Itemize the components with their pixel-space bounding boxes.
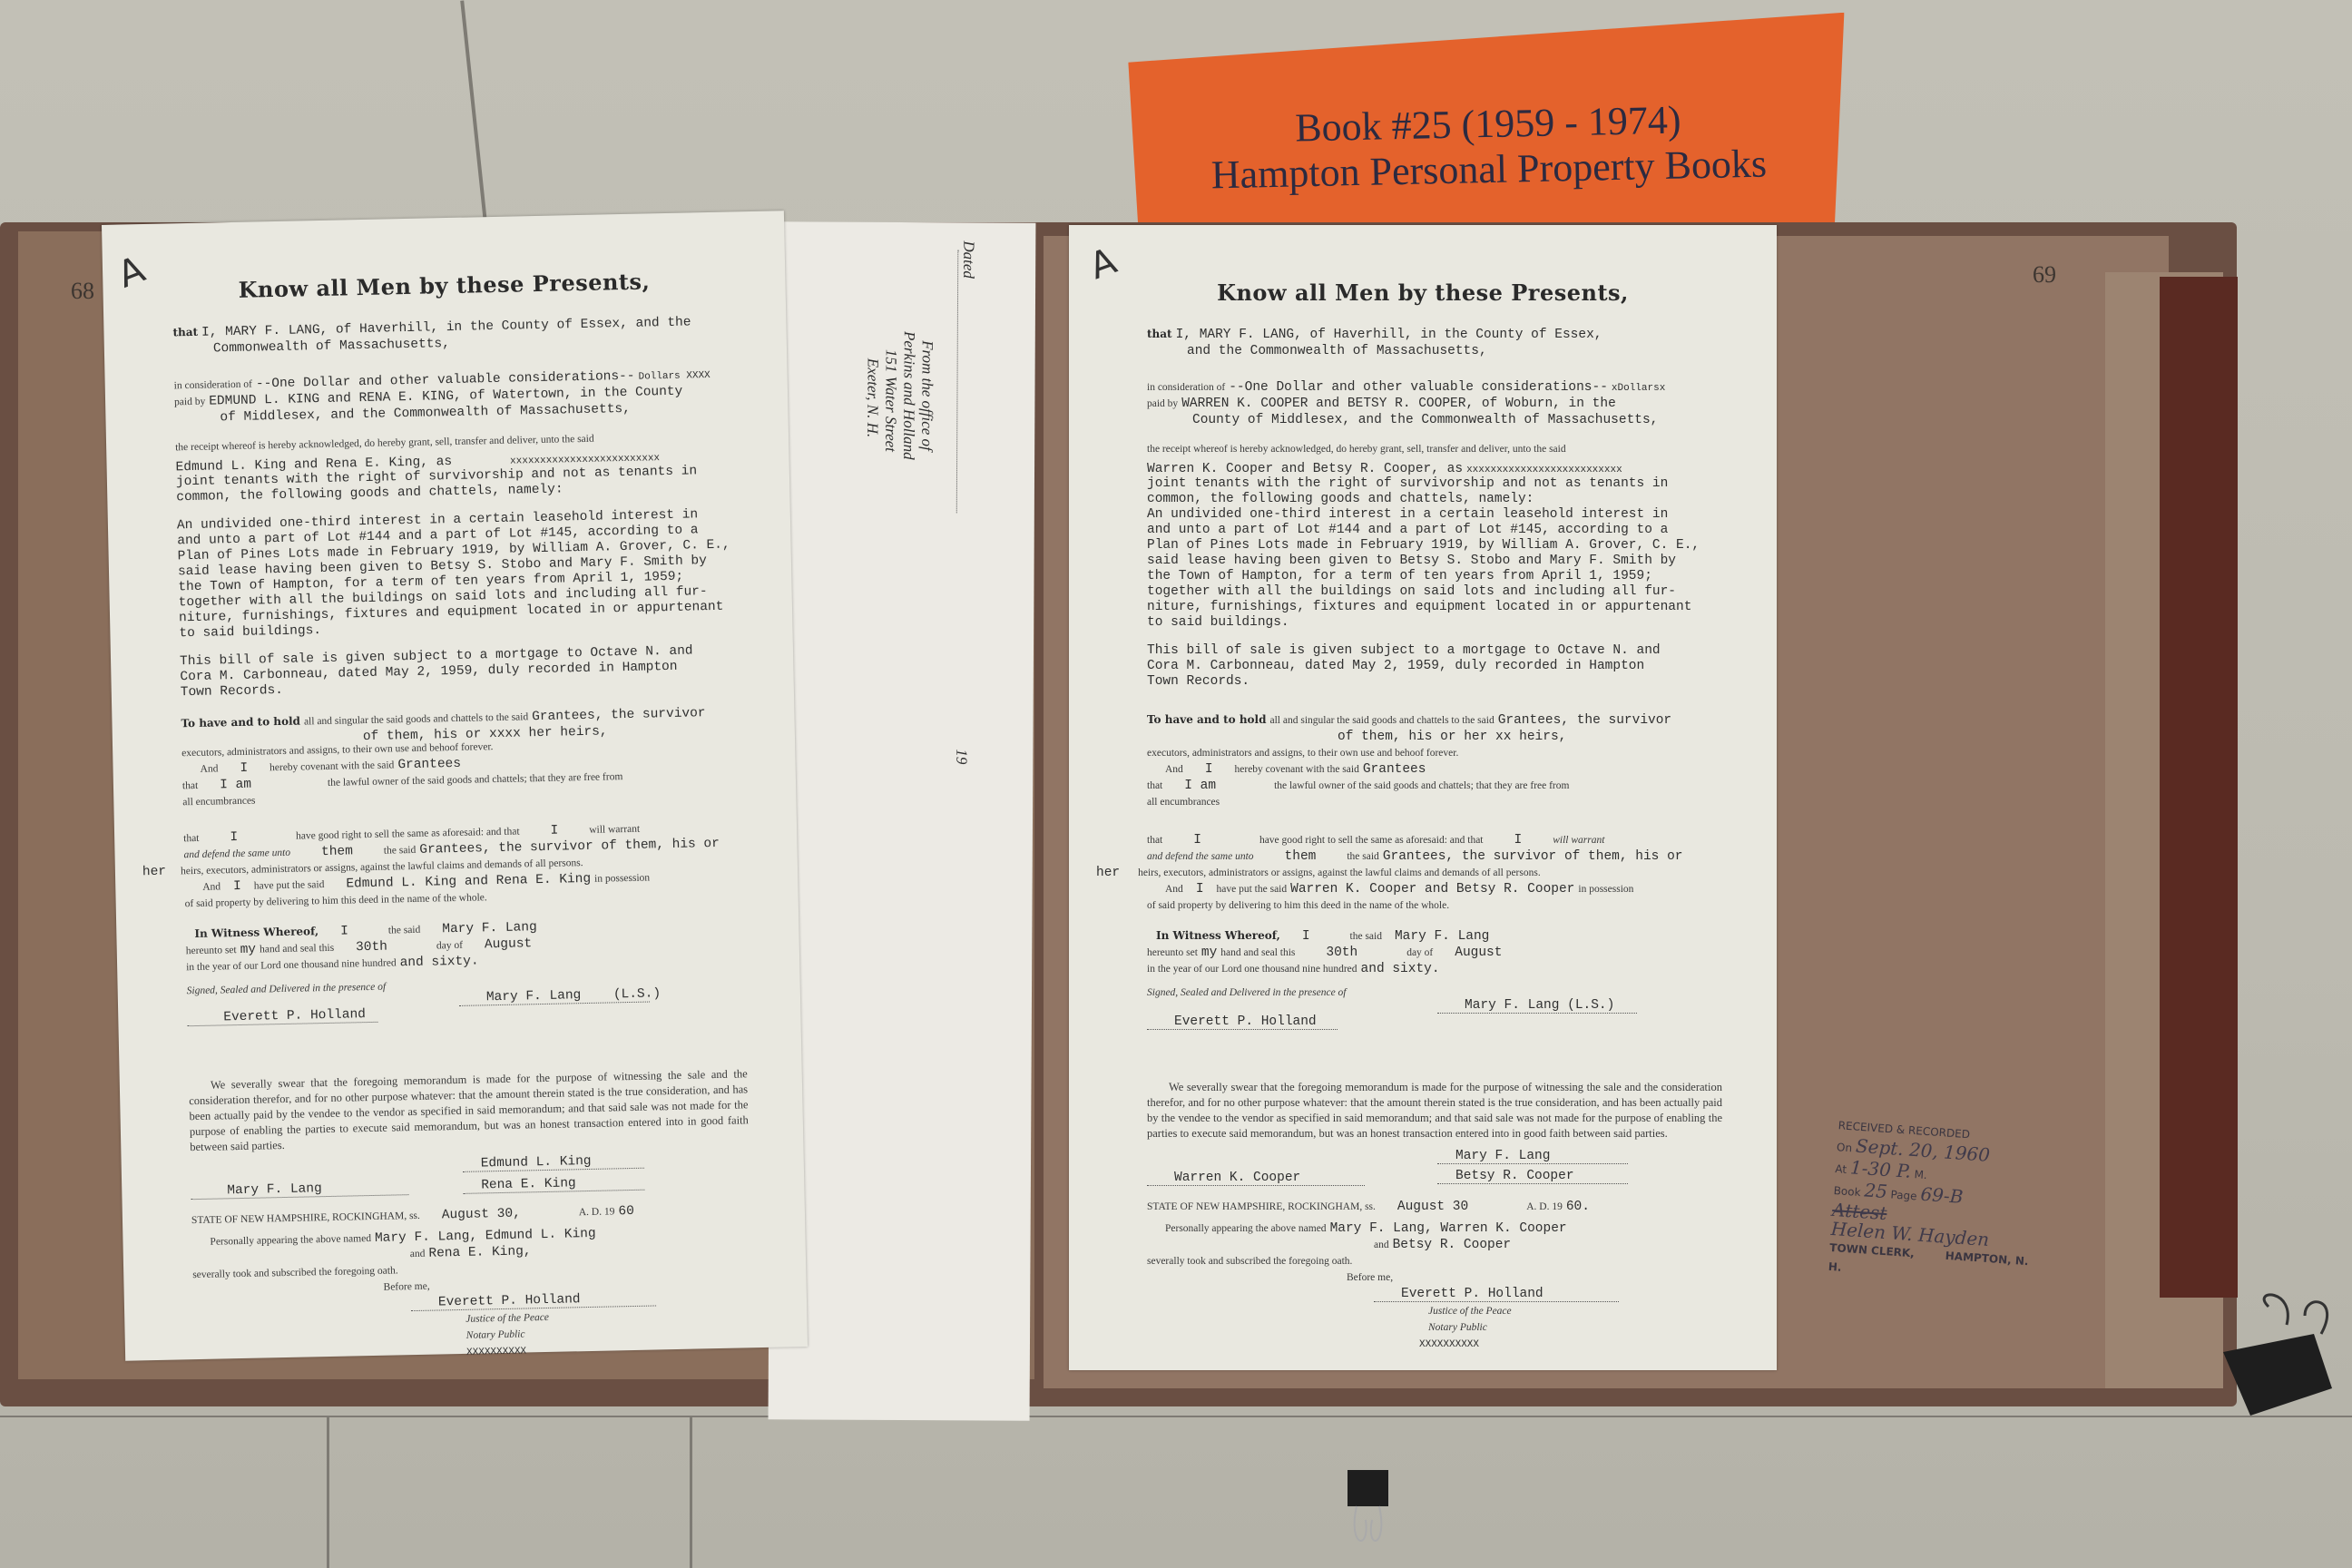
the-said-2: the said: [388, 925, 421, 936]
ad-year: 60.: [1566, 1200, 1590, 1214]
stamp-m: M.: [1914, 1168, 1927, 1181]
office-line-1: From the office of: [916, 340, 937, 451]
and-label-3: and: [1374, 1240, 1389, 1250]
dated-line: [956, 250, 960, 513]
stamp-book: 25: [1864, 1179, 1888, 1202]
before-me: Before me,: [1347, 1272, 1393, 1283]
them: them: [321, 844, 353, 859]
witness-name: Mary F. Lang: [442, 920, 537, 936]
goods-description: joint tenants with the right of survivor…: [1147, 476, 1777, 631]
year-text: in the year of our Lord one thousand nin…: [1147, 964, 1357, 975]
bill-of-sale-left: A Know all Men by these Presents, that I…: [102, 211, 808, 1360]
and-label-3: and: [410, 1249, 426, 1259]
struck-text: xxxxxxxxxxxxxxxxxxxxxxxxxx: [1466, 465, 1622, 475]
consideration-label: in consideration of: [174, 379, 252, 392]
book-label-title: Book #25 (1959 - 1974): [1295, 98, 1681, 152]
appearing-names-2: Rena E. King,: [428, 1244, 531, 1260]
right-i: I: [230, 830, 238, 845]
that-label-2: that: [1147, 780, 1162, 791]
office-line-3: 151 Water Street: [880, 349, 901, 452]
notary-public: Notary Public: [466, 1328, 525, 1340]
state-venue: STATE OF NEW HAMPSHIRE, ROCKINGHAM, ss.: [1147, 1201, 1376, 1212]
folded-backing-sheet: Dated 19 From the office of Perkins and …: [769, 221, 1036, 1420]
paid-by-cont: County of Middlesex, and the Commonwealt…: [1192, 413, 1658, 427]
before-me: Before me,: [383, 1281, 429, 1293]
page-number-left: 68: [71, 278, 94, 305]
that-label: that: [1147, 328, 1172, 340]
appearing-clause: Personally appearing the above named: [1165, 1223, 1327, 1234]
covenant-grantees: Grantees: [1363, 762, 1426, 777]
ad-label: A. D. 19: [1526, 1201, 1563, 1212]
table-seam: [0, 1416, 2352, 1417]
executors-clause: executors, administrators and assigns, t…: [1147, 748, 1458, 759]
justice-of-peace: Justice of the Peace: [465, 1312, 549, 1325]
that-label: that: [172, 326, 198, 339]
recording-stamp: RECEIVED & RECORDED On Sept. 20, 1960 At…: [1828, 1116, 2047, 1291]
mortgage-clause: This bill of sale is given subject to a …: [180, 642, 794, 701]
dollars: Dollars XXXX: [638, 370, 710, 383]
oath-paragraph: We severally swear that the foregoing me…: [189, 1066, 750, 1155]
document-title: Know all Men by these Presents,: [1069, 279, 1777, 306]
paid-by: WARREN K. COOPER and BETSY R. COOPER, of…: [1181, 397, 1616, 411]
stamp-on-label: On: [1837, 1141, 1853, 1154]
defend-clause: and defend the same unto: [183, 848, 290, 860]
appearing-names: Mary F. Lang, Edmund L. King: [375, 1227, 596, 1246]
encumbrances: all encumbrances: [182, 796, 255, 808]
dollars: xDollarsx: [1612, 383, 1665, 394]
grantees-line: Warren K. Cooper and Betsy R. Cooper, as: [1147, 462, 1463, 476]
state-venue: STATE OF NEW HAMPSHIRE, ROCKINGHAM, ss.: [191, 1210, 420, 1226]
hand-seal: hand and seal this: [260, 943, 334, 955]
day-of: day of: [436, 940, 463, 952]
witness-signature: Everett P. Holland: [1147, 1014, 1338, 1030]
dated-year: 19: [951, 749, 971, 764]
oath-taken: severally took and subscribed the forego…: [1147, 1256, 1352, 1267]
signed-sealed: Signed, Sealed and Delivered in the pres…: [1147, 987, 1777, 998]
stamp-page: 69-B: [1920, 1183, 1964, 1208]
delivering-clause: of said property by delivering to him th…: [185, 892, 487, 909]
witness-signature: Everett P. Holland: [187, 1007, 377, 1026]
the-said: the said: [1347, 851, 1378, 862]
and-label-2: And: [202, 881, 220, 892]
oath-signature-1: Edmund L. King: [463, 1153, 644, 1172]
witness-name: Mary F. Lang: [1395, 929, 1489, 944]
that-label-3: that: [1147, 835, 1162, 846]
warrant-i: I: [550, 824, 558, 838]
oath-paragraph: We severally swear that the foregoing me…: [1147, 1080, 1722, 1142]
table-seam: [327, 1416, 329, 1568]
oath-signature-3: Betsy R. Cooper: [1437, 1169, 1628, 1184]
consideration: --One Dollar and other valuable consider…: [1229, 380, 1608, 395]
ls-mark: (L.S.): [613, 986, 661, 1002]
witness-i: I: [340, 924, 348, 938]
in-possession: in possession: [594, 873, 650, 885]
will-warrant: will warrant: [1553, 835, 1604, 846]
bill-of-sale-right: A Know all Men by these Presents, that I…: [1069, 225, 1777, 1370]
month: August: [1455, 946, 1502, 960]
oath-signature-3: Rena E. King: [463, 1175, 644, 1194]
and-label-2: And: [1165, 884, 1183, 895]
habendum-label: To have and to hold: [1147, 713, 1267, 726]
binder-clip-icon: [1343, 1465, 1397, 1565]
binder-clip-icon: [2214, 1289, 2341, 1425]
defend-clause: and defend the same unto: [1147, 851, 1254, 862]
consideration-label: in consideration of: [1147, 382, 1225, 393]
possession-names: Edmund L. King and Rena E. King: [346, 872, 591, 892]
hand-seal: hand and seal this: [1220, 947, 1295, 958]
in-possession: in possession: [1578, 884, 1633, 895]
covenant-clause: hereby covenant with the said: [269, 759, 395, 773]
stamp-at-label: At: [1835, 1162, 1847, 1176]
habendum: all and singular the said goods and chat…: [1270, 715, 1494, 726]
them: them: [1285, 849, 1317, 864]
appearing-names: Mary F. Lang, Warren K. Cooper: [1330, 1221, 1567, 1236]
year-text: in the year of our Lord one thousand nin…: [186, 957, 397, 973]
appearing-clause: Personally appearing the above named: [210, 1233, 371, 1248]
oath-signature-2: Mary F. Lang: [191, 1180, 408, 1200]
put-i: I: [233, 879, 241, 894]
ad-year: 60: [618, 1204, 634, 1219]
my: my: [240, 943, 256, 957]
oath-taken: severally took and subscribed the forego…: [192, 1265, 398, 1280]
oath-signature-2: Warren K. Cooper: [1147, 1171, 1365, 1186]
grantor-signature: Mary F. Lang (L.S.): [1437, 998, 1637, 1014]
the-said: the said: [384, 845, 416, 857]
notary-struck: XXXXXXXXXX: [466, 1346, 526, 1357]
set-hand: hereunto set: [1147, 947, 1198, 958]
dated-label: Dated: [958, 240, 978, 279]
possession-names: Warren K. Cooper and Betsy R. Cooper: [1290, 882, 1574, 897]
and-label: And: [200, 763, 218, 774]
warrant-i: I: [1514, 833, 1523, 848]
ad-label: A. D. 19: [579, 1206, 615, 1218]
covenant-i: I: [1205, 762, 1213, 777]
witness-label: In Witness Whereof,: [194, 925, 318, 940]
page-number-right: 69: [2033, 261, 2056, 289]
paid-by-label: paid by: [174, 397, 205, 408]
goods-description: An undivided one-third interest in a cer…: [177, 505, 793, 642]
notary-signature: Everett P. Holland: [1374, 1287, 1619, 1302]
lawful-owner-clause: the lawful owner of the said goods and c…: [1274, 780, 1569, 791]
defend-grantees: Grantees, the survivor of them, his or: [1383, 849, 1683, 864]
habendum-label: To have and to hold: [181, 715, 300, 730]
heirs-clause: heirs, executors, administrators or assi…: [1138, 867, 1541, 878]
will-warrant: will warrant: [589, 824, 640, 836]
grantor: I, MARY F. LANG, of Haverhill, in the Co…: [1176, 328, 1602, 342]
that-label-3: that: [183, 833, 199, 844]
state-date: August 30,: [442, 1207, 521, 1223]
her: her: [1096, 866, 1120, 880]
day: 30th: [1326, 946, 1357, 960]
i-am: I am: [1184, 779, 1216, 793]
that-label-2: that: [182, 780, 198, 791]
day-of: day of: [1406, 947, 1433, 958]
state-date: August 30: [1397, 1200, 1468, 1214]
office-line-2: Perkins and Holland: [898, 331, 919, 460]
day: 30th: [356, 940, 387, 955]
my: my: [1201, 946, 1217, 960]
good-right-clause: have good right to sell the same as afor…: [1259, 835, 1484, 846]
office-line-4: Exeter, N. H.: [862, 358, 882, 437]
year-typed: and sixty.: [399, 954, 478, 970]
put-said: have put the said: [1217, 884, 1288, 895]
covenant-i: I: [240, 761, 248, 776]
justice-of-peace: Justice of the Peace: [1428, 1306, 1512, 1317]
put-i: I: [1196, 882, 1204, 897]
grantor-cont: Commonwealth of Massachusetts,: [213, 337, 450, 356]
i-am: I am: [220, 778, 251, 793]
lawful-owner-clause: the lawful owner of the said goods and c…: [328, 771, 623, 789]
stamp-book-label: Book: [1833, 1184, 1861, 1199]
document-title: Know all Men by these Presents,: [103, 265, 785, 306]
stamp-clerk: TOWN CLERK,: [1829, 1241, 1915, 1259]
month: August: [485, 936, 533, 952]
right-i: I: [1193, 833, 1201, 848]
witness-i: I: [1302, 929, 1310, 944]
appearing-names-2: Betsy R. Cooper: [1393, 1238, 1512, 1252]
set-hand: hereunto set: [186, 945, 237, 956]
stamp-page-label: Page: [1890, 1188, 1917, 1202]
paid-by-label: paid by: [1147, 398, 1178, 409]
covenant-grantees: Grantees: [397, 757, 461, 772]
witness-label: In Witness Whereof,: [1156, 929, 1280, 942]
the-said-2: the said: [1350, 931, 1382, 942]
table-seam: [690, 1416, 692, 1568]
and-label: And: [1165, 764, 1183, 775]
book-label-subtitle: Hampton Personal Property Books: [1210, 142, 1767, 199]
habendum-grantees: Grantees, the survivor: [532, 706, 706, 724]
encumbrances: all encumbrances: [1147, 797, 1220, 808]
notary-struck: XXXXXXXXXX: [1419, 1339, 1479, 1350]
delivering-clause: of said property by delivering to him th…: [1147, 900, 1449, 911]
her: her: [142, 865, 166, 880]
habendum-grantees: Grantees, the survivor: [1498, 713, 1671, 728]
notary-signature: Everett P. Holland: [411, 1290, 656, 1311]
mortgage-clause: This bill of sale is given subject to a …: [1147, 643, 1777, 690]
oath-signature-1: Mary F. Lang: [1437, 1149, 1628, 1164]
habendum-heirs: of them, his or her xx heirs,: [1338, 730, 1566, 744]
grantor-cont: and the Commonwealth of Massachusetts,: [1187, 344, 1487, 358]
stamp-time: 1-30 P.: [1849, 1156, 1912, 1182]
defend-grantees: Grantees, the survivor of them, his or: [419, 837, 720, 857]
book-spine-edge: [2160, 277, 2238, 1298]
notary-public: Notary Public: [1428, 1322, 1487, 1333]
put-said: have put the said: [254, 879, 325, 892]
covenant-clause: hereby covenant with the said: [1235, 764, 1359, 775]
receipt-clause: the receipt whereof is hereby acknowledg…: [1147, 444, 1777, 455]
habendum: all and singular the said goods and chat…: [304, 711, 528, 727]
good-right-clause: have good right to sell the same as afor…: [296, 827, 520, 842]
year-typed: and sixty.: [1361, 962, 1440, 976]
